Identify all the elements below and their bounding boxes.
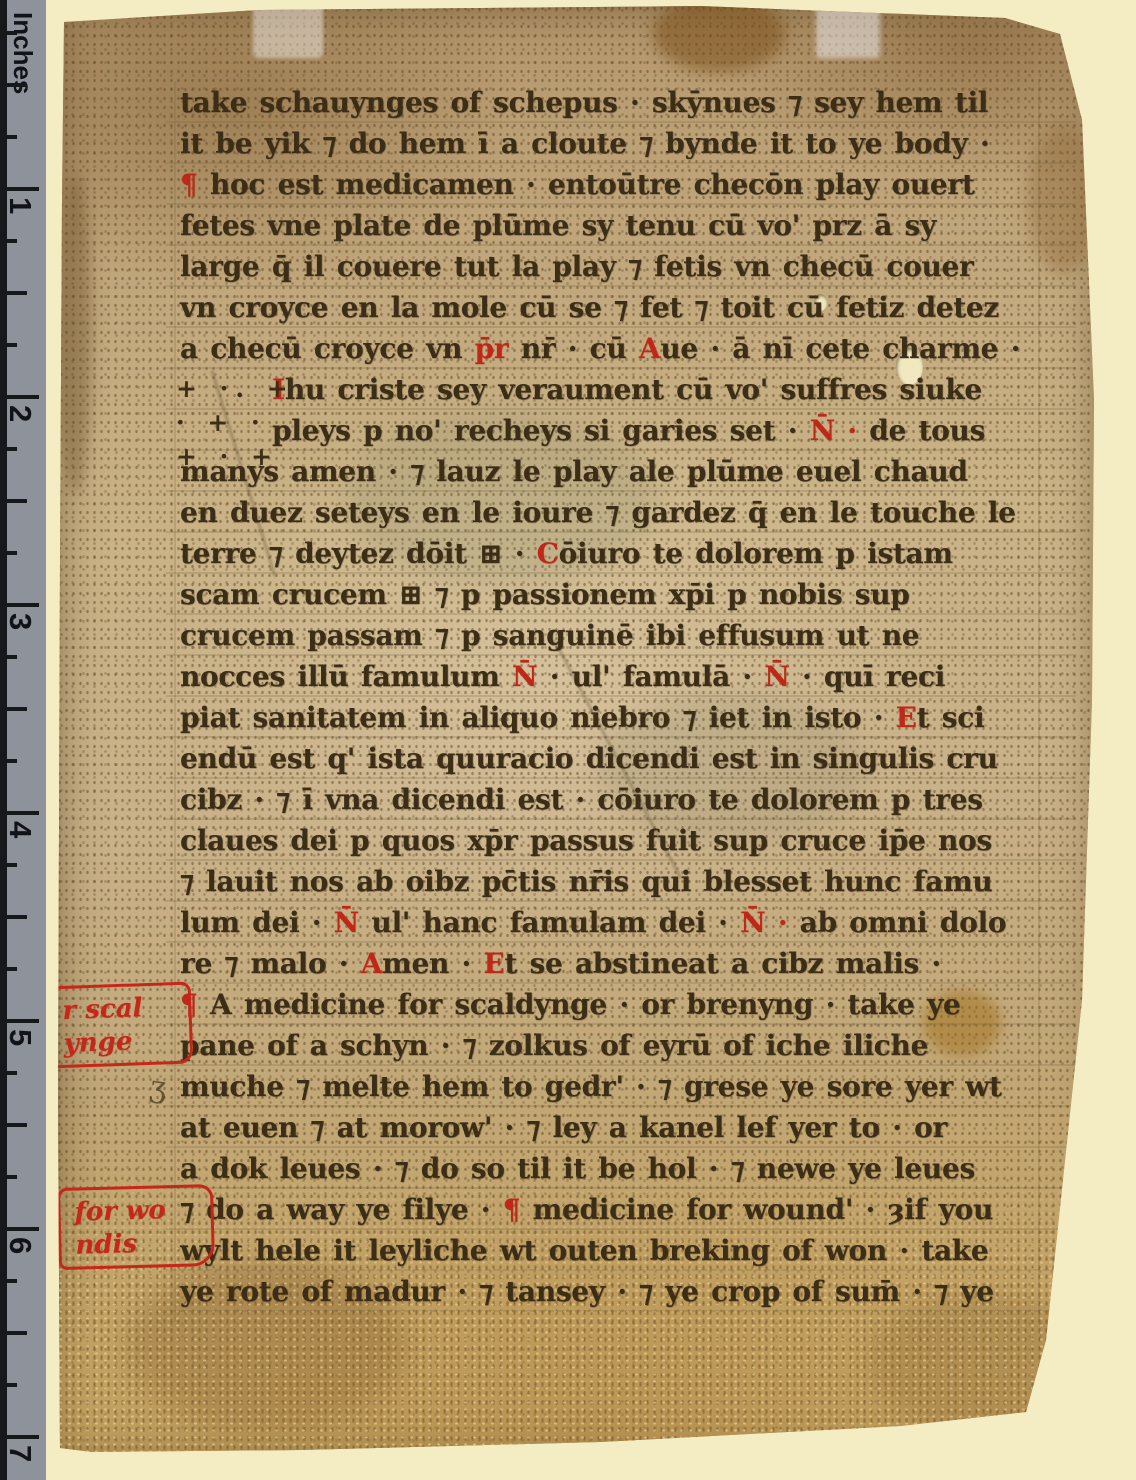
ink-text: · ul' famulā · [537, 660, 764, 693]
margin-note-line: ndis [75, 1226, 204, 1262]
ruler-tick [0, 551, 17, 555]
margin-note-line: r scal [62, 991, 181, 1028]
ink-text: en duez seteys en le ioure ⁊ gardez q̄ e… [180, 496, 1016, 529]
text-block: take schauynges of schepus · skȳnues ⁊ s… [180, 82, 1040, 1312]
ink-text: cibz · ⁊ ī vna dicendi est · cōiuro te d… [180, 783, 983, 816]
ruler-inch-number: 3 [5, 613, 36, 630]
ink-text: scam crucem ⊞ ⁊ p passionem xp̄i p nobis… [180, 578, 910, 611]
stain-top [653, 0, 785, 72]
ruler-tick [0, 499, 27, 503]
ruler-tick [0, 811, 39, 815]
tape-fragment [816, 6, 880, 58]
text-line: claues dei p quos xp̄r passus fuit sup c… [180, 820, 1040, 861]
ruler-tick [0, 83, 27, 87]
ink-text: piat sanitatem in aliquo niebro ⁊ iet in… [180, 701, 896, 734]
ink-text: · quī reci [790, 660, 946, 693]
text-line: manys amen · ⁊ lauz le play ale plūme eu… [180, 451, 1040, 492]
ruler-inch-number: 7 [5, 1445, 36, 1462]
text-line: ¶ A medicine for scaldynge · or brenyng … [180, 984, 1040, 1025]
ink-text: ye rote of madur · ⁊ tansey · ⁊ ye crop … [180, 1275, 994, 1308]
text-line: terre ⁊ deytez dōit ⊞ · Cōiuro te dolore… [180, 533, 1040, 574]
ruler-inch-number: 2 [5, 405, 36, 422]
ruler-tick [0, 31, 17, 35]
ink-text: it be yik ⁊ do hem ī a cloute ⁊ bynde it… [180, 127, 989, 160]
ruler-inch-number: 6 [5, 1237, 36, 1254]
ruler-tick [0, 447, 17, 451]
ruler-edge-line [0, 0, 7, 1480]
rubricated-text: N̄ · [810, 414, 857, 447]
ruler-tick [0, 1435, 39, 1439]
ink-text: men · [382, 947, 483, 980]
rubricated-text: N̄ · [740, 906, 787, 939]
ruling-line-vertical [174, 82, 176, 1322]
ruler-tick [0, 707, 27, 711]
ink-text: ue · ā nī cete charme · [660, 332, 1020, 365]
text-line: endū est q' ista quuracio dicendi est in… [180, 738, 1040, 779]
rubricated-text: p̄r [475, 332, 509, 365]
ink-text: pleys p no' recheys si garies set · [272, 414, 810, 447]
ink-text: take schauynges of schepus · skȳnues ⁊ s… [180, 86, 988, 119]
rubricated-text: E [896, 701, 917, 734]
ink-text: ul' hanc famulam dei · [359, 906, 740, 939]
text-line: large q̄ il couere tut la play ⁊ fetis v… [180, 246, 1040, 287]
ink-text: ōiuro te dolorem p istam [559, 537, 953, 570]
text-line: en duez seteys en le ioure ⁊ gardez q̄ e… [180, 492, 1040, 533]
text-line: muche ⁊ melte hem to gedr' · ⁊ grese ye … [180, 1066, 1040, 1107]
ink-text: nr̄ · cū [508, 332, 639, 365]
ruler-inch-number: 5 [5, 1029, 36, 1046]
rubricated-text: ¶ [503, 1193, 533, 1226]
rubricated-text: A [639, 332, 660, 365]
ruler-tick [0, 759, 17, 763]
ink-text: hu criste sey veraument cū vo' suffres s… [285, 373, 982, 406]
ink-text: crucem passam ⁊ p sanguinē ibi effusum u… [180, 619, 919, 652]
ink-text: large q̄ il couere tut la play ⁊ fetis v… [180, 250, 974, 283]
ruler-tick [0, 603, 39, 607]
text-line: Ihu criste sey veraument cū vo' suffres … [180, 369, 1040, 410]
ruler-tick [0, 239, 17, 243]
rubricated-text: C [537, 537, 559, 570]
rubricated-text: N̄ [764, 660, 789, 693]
text-line: nocces illū famulum N̄ · ul' famulā · N̄… [180, 656, 1040, 697]
text-line: take schauynges of schepus · skȳnues ⁊ s… [180, 82, 1040, 123]
manuscript-leaf: take schauynges of schepus · skȳnues ⁊ s… [56, 4, 1100, 1456]
ink-text: terre ⁊ deytez dōit ⊞ · [180, 537, 537, 570]
tape-fragment [253, 0, 323, 58]
ruler-tick [0, 1071, 17, 1075]
ruler-tick [0, 967, 17, 971]
ink-text: t sci [917, 701, 985, 734]
text-line: ⁊ do a way ye filye · ¶ medicine for wou… [180, 1189, 1040, 1230]
text-line: cibz · ⁊ ī vna dicendi est · cōiuro te d… [180, 779, 1040, 820]
text-line: ¶ hoc est medicamen · entoūtre checōn pl… [180, 164, 1040, 205]
text-line: it be yik ⁊ do hem ī a cloute ⁊ bynde it… [180, 123, 1040, 164]
rubricated-text: A [361, 947, 382, 980]
ink-text: manys amen · ⁊ lauz le play ale plūme eu… [180, 455, 968, 488]
ruler-tick [0, 395, 39, 399]
ruler-inch-number: 4 [5, 821, 36, 838]
ink-text: vn croyce en la mole cū se ⁊ fet ⁊ toit … [180, 291, 999, 324]
ruler-tick [0, 1123, 27, 1127]
ruler-tick [0, 1019, 39, 1023]
text-line: a checū croyce vn p̄r nr̄ · cū Aue · ā n… [180, 328, 1040, 369]
ink-text: muche ⁊ melte hem to gedr' · ⁊ grese ye … [180, 1070, 1002, 1103]
ink-text: lum dei · [180, 906, 334, 939]
marginal-crosses: + ·. +· + ·+ · + [176, 372, 295, 474]
ruler-tick [0, 1383, 17, 1387]
text-line: wylt hele it leyliche wt outen breking o… [180, 1230, 1040, 1271]
ink-text: medicine for wound' · ȝif you [533, 1193, 993, 1226]
photo-stage: Inches 1234567 take schauynges of schepu… [0, 0, 1136, 1480]
ruler-tick [0, 1175, 17, 1179]
shade-left-edge [58, 174, 92, 494]
ink-text: de tous [857, 414, 985, 447]
ruler-tick [0, 863, 17, 867]
ink-text: endū est q' ista quuracio dicendi est in… [180, 742, 998, 775]
rubricated-text: E [483, 947, 504, 980]
ruler-inch-number: 1 [5, 197, 36, 214]
ink-text: ⁊ lauit nos ab oibz pc̄tis nr̄is qui ble… [180, 865, 992, 898]
ink-text: re ⁊ malo · [180, 947, 361, 980]
rubricated-text: N̄ [334, 906, 359, 939]
votive-cross-row: + · + [176, 440, 295, 474]
text-line: scam crucem ⊞ ⁊ p passionem xp̄i p nobis… [180, 574, 1040, 615]
ink-text: hoc est medicamen · entoūtre checōn play… [210, 168, 975, 201]
ruler-tick [0, 135, 17, 139]
ink-text: fetes vne plate de plūme sy tenu cū vo' … [180, 209, 936, 242]
text-line: fetes vne plate de plūme sy tenu cū vo' … [180, 205, 1040, 246]
ruler-tick [0, 291, 27, 295]
ruler-tick [0, 1331, 27, 1335]
ink-text: claues dei p quos xp̄r passus fuit sup c… [180, 824, 992, 857]
votive-cross-row: + ·. + [176, 372, 295, 406]
margin-note-scaldynge: r scalynge [45, 981, 194, 1068]
text-line: lum dei · N̄ ul' hanc famulam dei · N̄ ·… [180, 902, 1040, 943]
rubricated-text: ¶ [180, 168, 210, 201]
ink-text: at euen ⁊ at morow' · ⁊ ley a kanel lef … [180, 1111, 947, 1144]
ink-text: nocces illū famulum [180, 660, 512, 693]
ink-text: A medicine for scaldynge · or brenyng · … [210, 988, 961, 1021]
ruler-tick [0, 1279, 17, 1283]
text-line: vn croyce en la mole cū se ⁊ fet ⁊ toit … [180, 287, 1040, 328]
ink-text: t se abstineat a cibz malis · [504, 947, 940, 980]
ruler-tick [0, 187, 39, 191]
text-line: pleys p no' recheys si garies set · N̄ ·… [180, 410, 1040, 451]
text-line: ⁊ lauit nos ab oibz pc̄tis nr̄is qui ble… [180, 861, 1040, 902]
ink-text: pane of a schyn · ⁊ zolkus of eyrū of ic… [180, 1029, 928, 1062]
ink-text: ⁊ do a way ye filye · [180, 1193, 503, 1226]
margin-note-line: ynge [63, 1024, 182, 1061]
text-line: piat sanitatem in aliquo niebro ⁊ iet in… [180, 697, 1040, 738]
text-line: pane of a schyn · ⁊ zolkus of eyrū of ic… [180, 1025, 1040, 1066]
rubricated-text: N̄ [512, 660, 537, 693]
votive-cross-row: · + · [176, 406, 295, 440]
ink-text: ab omni dolo [787, 906, 1006, 939]
ruler-tick [0, 655, 17, 659]
ruler-tick [0, 915, 27, 919]
ink-text: wylt hele it leyliche wt outen breking o… [180, 1234, 988, 1267]
margin-note-wounds: for wondis [57, 1184, 215, 1270]
text-line: crucem passam ⁊ p sanguinē ibi effusum u… [180, 615, 1040, 656]
ruler-tick [0, 343, 17, 347]
text-line: re ⁊ malo · Amen · Et se abstineat a cib… [180, 943, 1040, 984]
ruler-tick [0, 1227, 39, 1231]
text-line: ye rote of madur · ⁊ tansey · ⁊ ye crop … [180, 1271, 1040, 1312]
ink-text: a checū croyce vn [180, 332, 475, 365]
margin-note-line: for wo [74, 1193, 203, 1229]
text-line: at euen ⁊ at morow' · ⁊ ley a kanel lef … [180, 1107, 1040, 1148]
ruler: Inches 1234567 [0, 0, 46, 1480]
ink-text: a dok leues · ⁊ do so til it be hol · ⁊ … [180, 1152, 975, 1185]
text-line: a dok leues · ⁊ do so til it be hol · ⁊ … [180, 1148, 1040, 1189]
